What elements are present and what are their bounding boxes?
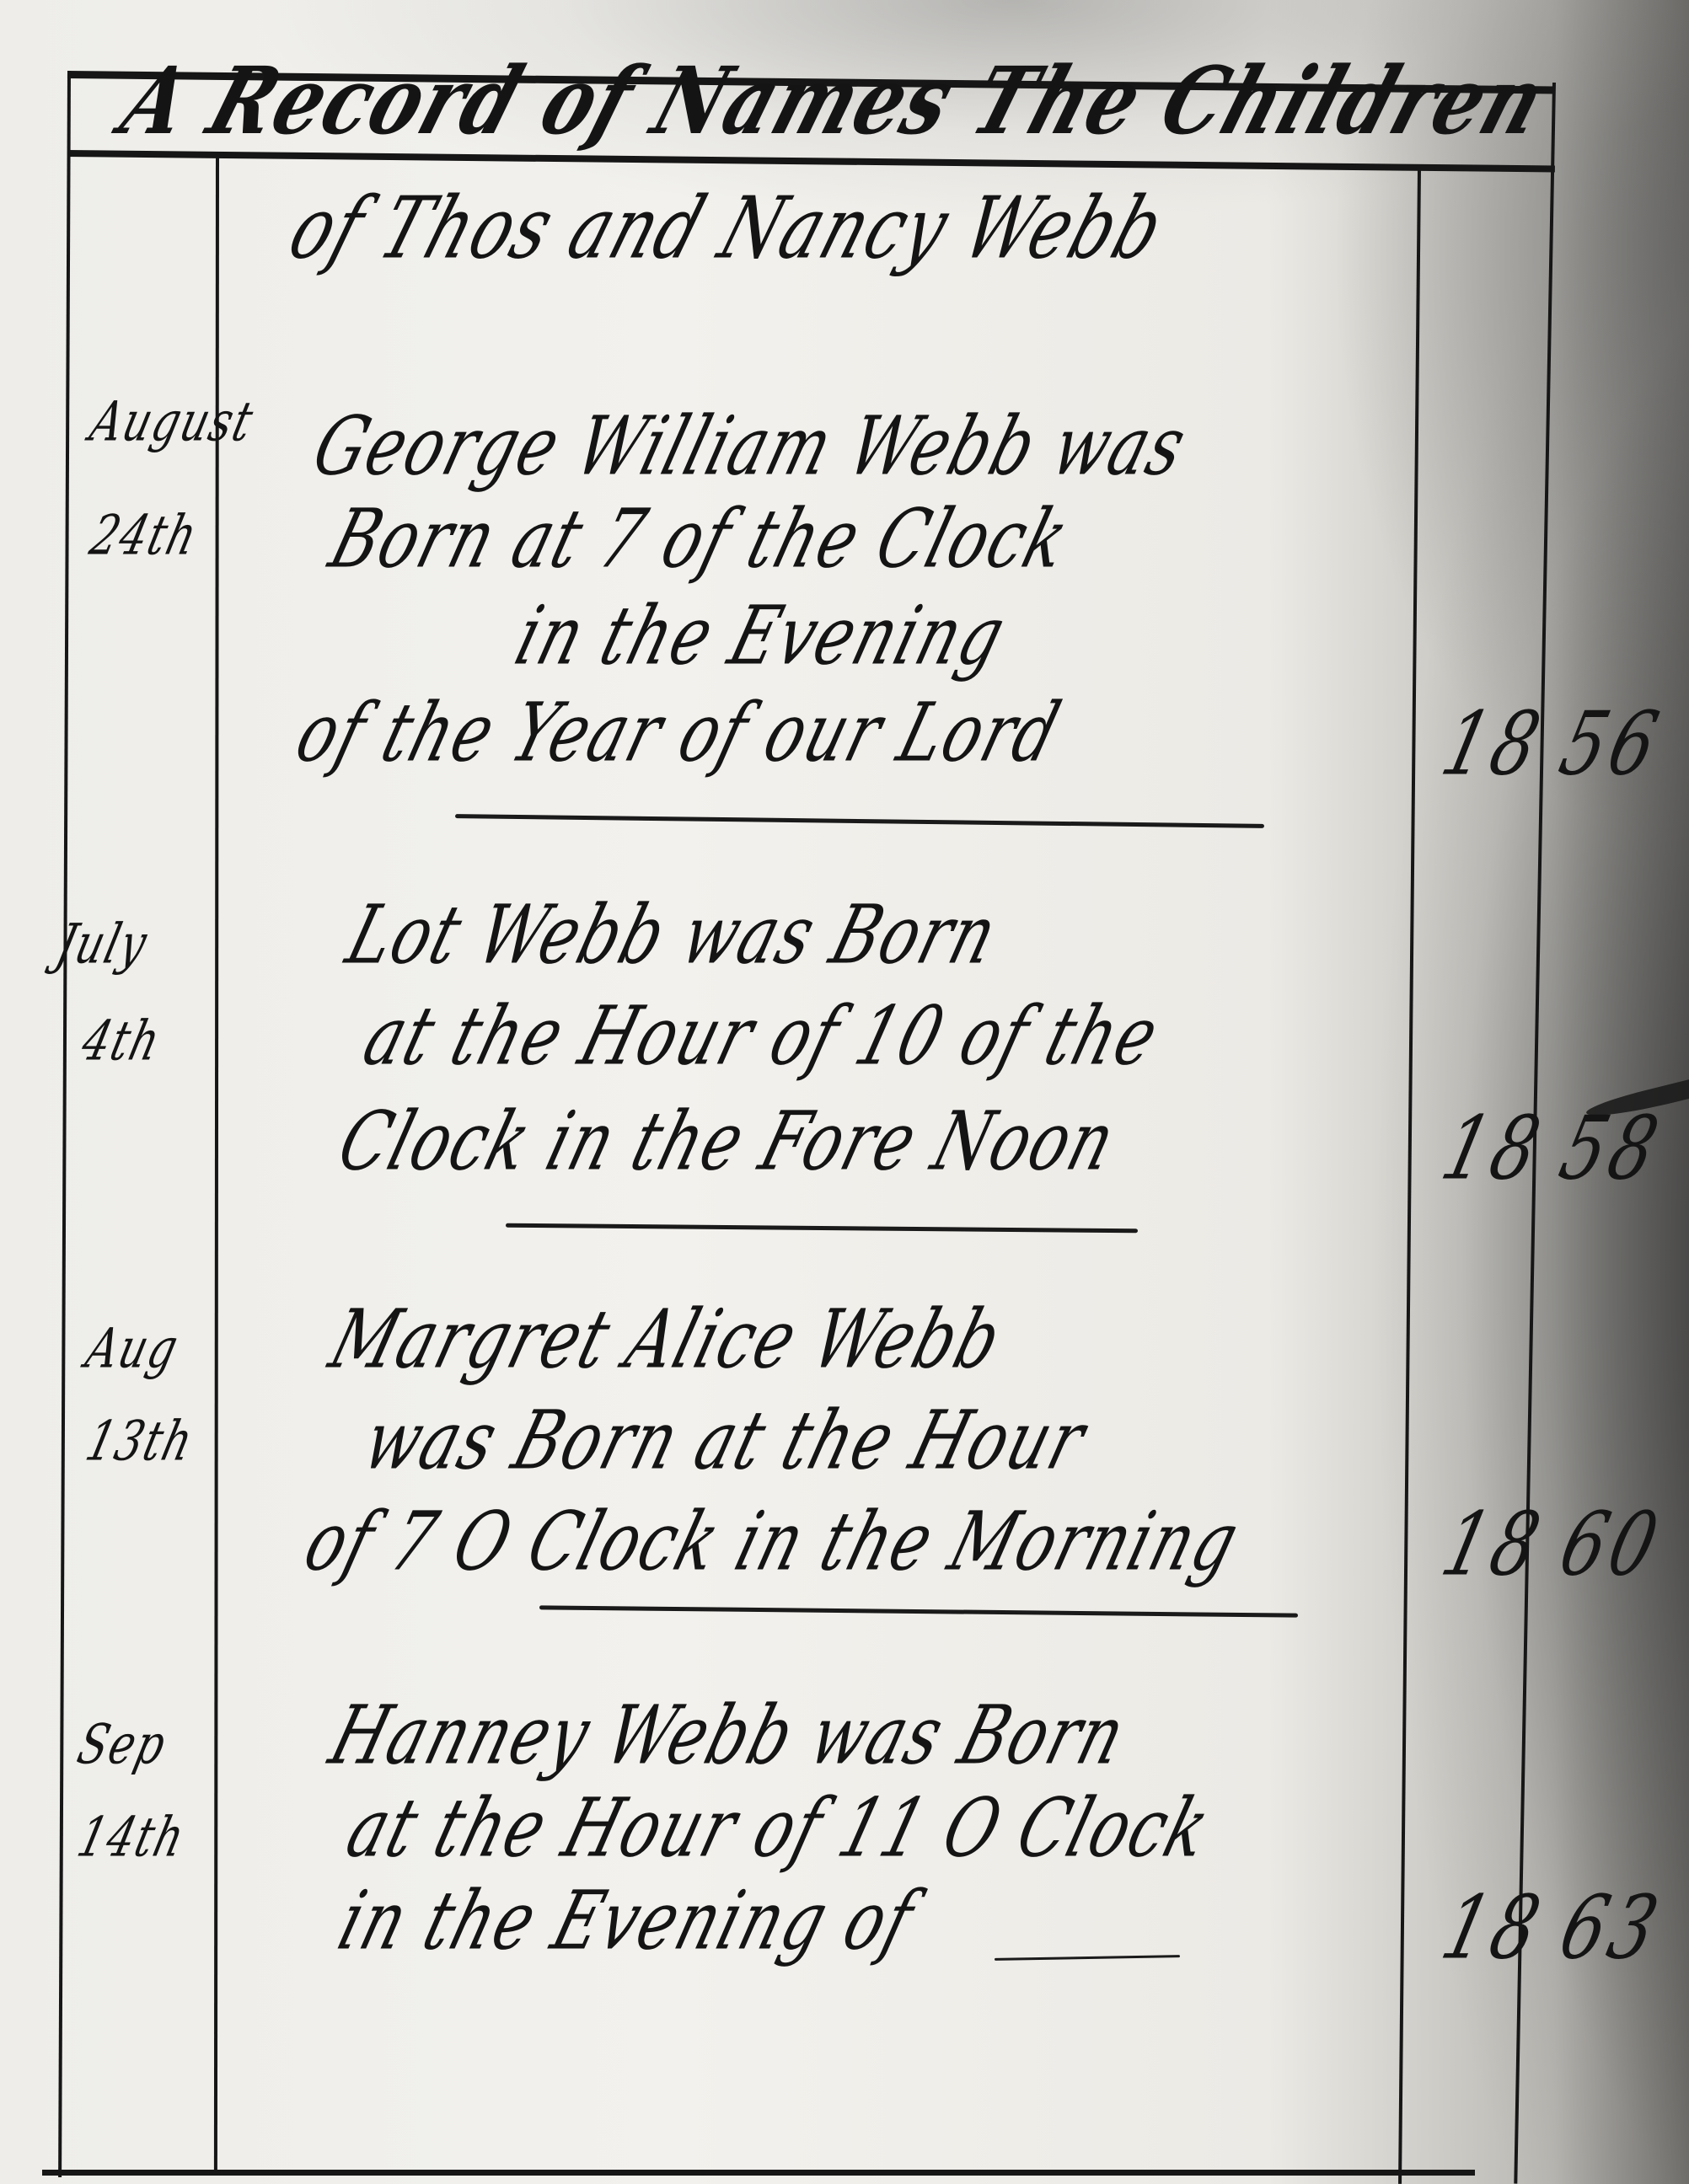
entry-line: at the Hour of 10 of the: [354, 989, 1170, 1084]
bottom-border-rule: [42, 2170, 1475, 2176]
entry-line: was Born at the Hour: [354, 1394, 1097, 1488]
entry-line: George William Webb was: [303, 399, 1197, 494]
register-title: A Record of Names The Children: [110, 45, 1559, 155]
entry-line: Hanney Webb was Born: [320, 1689, 1136, 1783]
register-subtitle: of Thos and Nancy Webb: [278, 179, 1177, 278]
entry-date-month: August: [84, 390, 260, 453]
entry-date-month: Sep: [72, 1713, 174, 1776]
entry-line: Clock in the Fore Noon: [329, 1095, 1126, 1189]
entry-line: in the Evening of: [329, 1874, 925, 1968]
entry-date-day: 14th: [72, 1806, 192, 1869]
entry-line: at the Hour of 11 O Clock: [337, 1781, 1220, 1876]
entry-date-day: 24th: [84, 504, 205, 567]
entry-date-day: 13th: [80, 1410, 201, 1473]
entry-date-month: July: [51, 913, 154, 976]
entry-line: Lot Webb was Born: [337, 888, 1008, 982]
entry-line: Born at 7 of the Clock: [320, 492, 1080, 586]
entry-date-month: Aug: [80, 1317, 185, 1380]
entry-line: of the Year of our Lord: [287, 686, 1070, 780]
entry-line: Margret Alice Webb: [320, 1293, 1012, 1387]
entry-line: in the Evening: [506, 589, 1016, 683]
entry-line: of 7 O Clock in the Morning: [295, 1495, 1250, 1589]
entry-date-day: 4th: [76, 1009, 168, 1073]
